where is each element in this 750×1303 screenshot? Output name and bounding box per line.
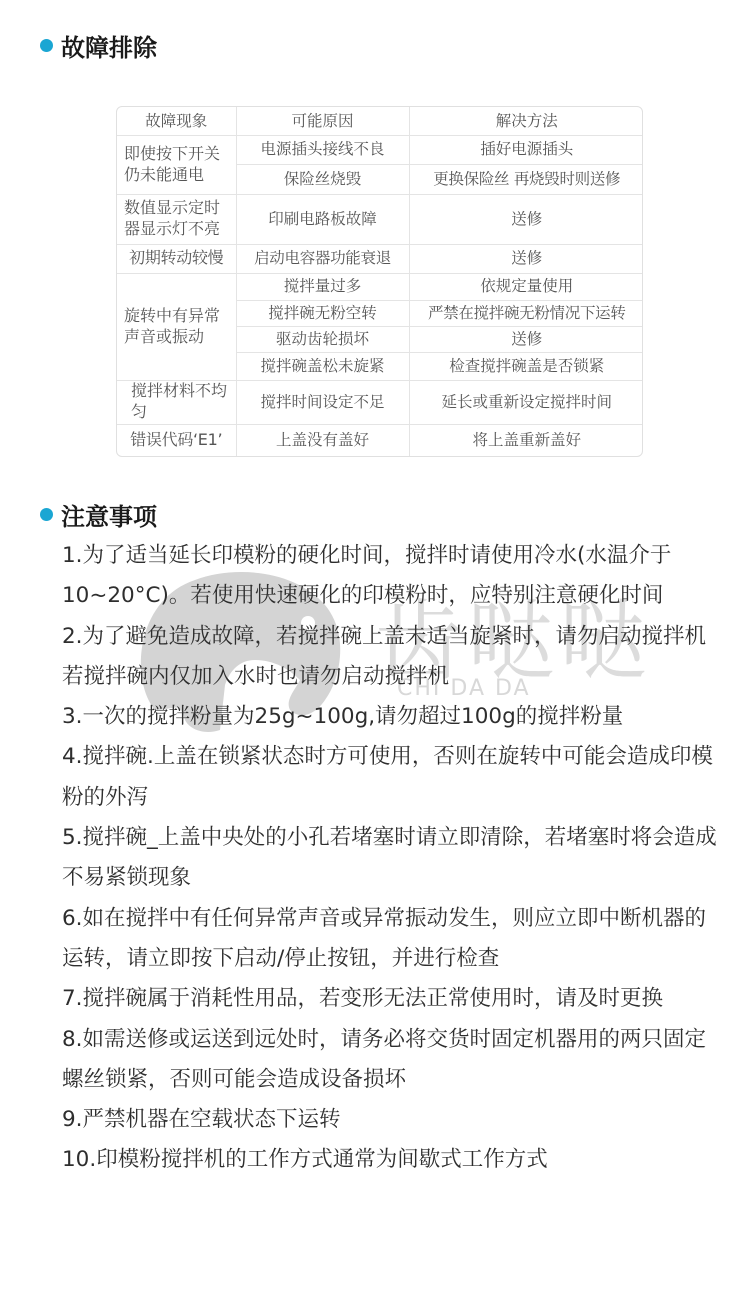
symptom-cell: 初期转动较慢 bbox=[117, 244, 236, 273]
note-item: 5.搅拌碗_上盖中央处的小孔若堵塞时请立即清除，若堵塞时将会造成不易紧锁现象 bbox=[62, 818, 722, 899]
cause-cell: 印刷电路板故障 bbox=[236, 194, 409, 244]
cause-cell: 上盖没有盖好 bbox=[236, 424, 409, 456]
note-item: 8.如需送修或运送到远处时，请务必将交货时固定机器用的两只固定螺丝锁紧，否则可能… bbox=[62, 1020, 722, 1101]
notes-list: 1.为了适当延长印模粉的硬化时间，搅拌时请使用冷水(水温介于10~20°C)。若… bbox=[62, 536, 722, 1181]
solution-cell: 插好电源插头 bbox=[409, 135, 643, 164]
cause-cell: 启动电容器功能衰退 bbox=[236, 244, 409, 273]
note-item: 1.为了适当延长印模粉的硬化时间，搅拌时请使用冷水(水温介于10~20°C)。若… bbox=[62, 536, 722, 617]
cause-cell: 保险丝烧毁 bbox=[236, 164, 409, 194]
cause-cell: 搅拌量过多 bbox=[236, 273, 409, 300]
notes-heading: 注意事项 bbox=[40, 497, 157, 532]
symptom-cell: 搅拌材料不均匀 bbox=[117, 380, 236, 424]
table-row: 数值显示定时器显示灯不亮 印刷电路板故障 送修 bbox=[117, 194, 643, 244]
troubleshooting-table: 故障现象 可能原因 解决方法 即使按下开关仍未能通电 电源插头接线不良 插好电源… bbox=[116, 106, 643, 457]
note-item: 10.印模粉搅拌机的工作方式通常为间歇式工作方式 bbox=[62, 1140, 722, 1180]
cause-cell: 驱动齿轮损坏 bbox=[236, 326, 409, 352]
table-row: 初期转动较慢 启动电容器功能衰退 送修 bbox=[117, 244, 643, 273]
header-symptom: 故障现象 bbox=[117, 107, 236, 135]
note-item: 9.严禁机器在空载状态下运转 bbox=[62, 1100, 722, 1140]
bullet-dot-icon bbox=[40, 39, 53, 52]
solution-cell: 更换保险丝 再烧毁时则送修 bbox=[409, 164, 643, 194]
cause-cell: 搅拌碗盖松未旋紧 bbox=[236, 352, 409, 380]
symptom-cell: 数值显示定时器显示灯不亮 bbox=[117, 194, 236, 244]
table-row: 错误代码‘E1’ 上盖没有盖好 将上盖重新盖好 bbox=[117, 424, 643, 456]
note-item: 2.为了避免造成故障，若搅拌碗上盖未适当旋紧时，请勿启动搅拌机若搅拌碗内仅加入水… bbox=[62, 617, 722, 698]
notes-title: 注意事项 bbox=[61, 497, 157, 532]
note-item: 3.一次的搅拌粉量为25g~100g,请勿超过100g的搅拌粉量 bbox=[62, 697, 722, 737]
table-header-row: 故障现象 可能原因 解决方法 bbox=[117, 107, 643, 135]
solution-cell: 依规定量使用 bbox=[409, 273, 643, 300]
solution-cell: 检查搅拌碗盖是否锁紧 bbox=[409, 352, 643, 380]
header-solution: 解决方法 bbox=[409, 107, 643, 135]
solution-cell: 将上盖重新盖好 bbox=[409, 424, 643, 456]
solution-cell: 送修 bbox=[409, 194, 643, 244]
symptom-cell: 即使按下开关仍未能通电 bbox=[117, 135, 236, 194]
symptom-cell: 旋转中有异常声音或振动 bbox=[117, 273, 236, 380]
bullet-dot-icon bbox=[40, 508, 53, 521]
note-item: 4.搅拌碗.上盖在锁紧状态时方可使用，否则在旋转中可能会造成印模粉的外泻 bbox=[62, 737, 722, 818]
header-cause: 可能原因 bbox=[236, 107, 409, 135]
table-row: 即使按下开关仍未能通电 电源插头接线不良 插好电源插头 bbox=[117, 135, 643, 164]
cause-cell: 搅拌时间设定不足 bbox=[236, 380, 409, 424]
cause-cell: 电源插头接线不良 bbox=[236, 135, 409, 164]
table-row: 旋转中有异常声音或振动 搅拌量过多 依规定量使用 bbox=[117, 273, 643, 300]
troubleshooting-heading: 故障排除 bbox=[40, 28, 157, 63]
solution-cell: 延长或重新设定搅拌时间 bbox=[409, 380, 643, 424]
symptom-cell: 错误代码‘E1’ bbox=[117, 424, 236, 456]
solution-cell: 严禁在搅拌碗无粉情况下运转 bbox=[409, 300, 643, 326]
table-row: 搅拌材料不均匀 搅拌时间设定不足 延长或重新设定搅拌时间 bbox=[117, 380, 643, 424]
solution-cell: 送修 bbox=[409, 326, 643, 352]
troubleshooting-title: 故障排除 bbox=[61, 28, 157, 63]
note-item: 7.搅拌碗属于消耗性用品，若变形无法正常使用时，请及时更换 bbox=[62, 979, 722, 1019]
solution-cell: 送修 bbox=[409, 244, 643, 273]
note-item: 6.如在搅拌中有任何异常声音或异常振动发生，则应立即中断机器的运转，请立即按下启… bbox=[62, 899, 722, 980]
cause-cell: 搅拌碗无粉空转 bbox=[236, 300, 409, 326]
